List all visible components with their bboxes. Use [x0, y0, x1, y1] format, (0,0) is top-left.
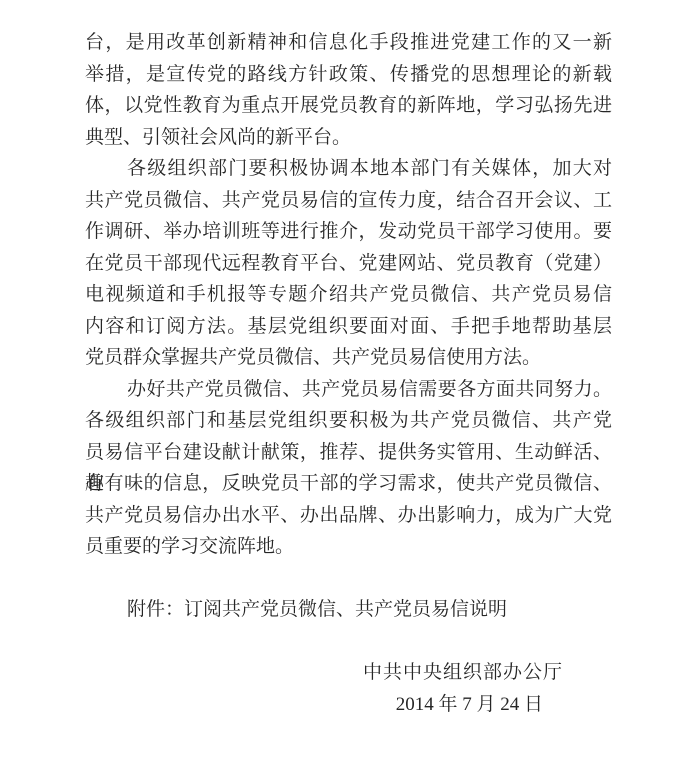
date-line: 2014 年 7 月 24 日 — [85, 689, 612, 721]
doc-line: 趣有味的信息，反映党员干部的学习需求，使共产党员微信、 — [85, 468, 612, 500]
doc-line: 台，是用改革创新精神和信息化手段推进党建工作的又一新 — [85, 27, 612, 59]
doc-line: 共产党员微信、共产党员易信的宣传力度，结合召开会议、工 — [85, 185, 612, 217]
attachment-line: 附件：订阅共产党员微信、共产党员易信说明 — [85, 594, 612, 626]
doc-line: 员易信平台建设献计献策，推荐、提供务实管用、生动鲜活、有 — [85, 437, 612, 469]
doc-line: 典型、引领社会风尚的新平台。 — [85, 122, 612, 154]
doc-line: 员重要的学习交流阵地。 — [85, 531, 612, 563]
doc-line: 体，以党性教育为重点开展党员教育的新阵地，学习弘扬先进 — [85, 90, 612, 122]
doc-line: 共产党员易信办出水平、办出品牌、办出影响力，成为广大党 — [85, 500, 612, 532]
paragraph-publicity: 各级组织部门要积极协调本地本部门有关媒体，加大对 共产党员微信、共产党员易信的宣… — [85, 153, 612, 374]
doc-line: 电视频道和手机报等专题介绍共产党员微信、共产党员易信 — [85, 279, 612, 311]
doc-line: 党员群众掌握共产党员微信、共产党员易信使用方法。 — [85, 342, 612, 374]
document-page: 台，是用改革创新精神和信息化手段推进党建工作的又一新 举措，是宣传党的路线方针政… — [0, 0, 687, 774]
paragraph-joint-effort: 办好共产党员微信、共产党员易信需要各方面共同努力。 各级组织部门和基层党组织要积… — [85, 374, 612, 563]
paragraph-continuation: 台，是用改革创新精神和信息化手段推进党建工作的又一新 举措，是宣传党的路线方针政… — [85, 27, 612, 153]
doc-line: 作调研、举办培训班等进行推介，发动党员干部学习使用。要 — [85, 216, 612, 248]
doc-line: 举措，是宣传党的路线方针政策、传播党的思想理论的新载 — [85, 59, 612, 91]
signature-line: 中共中央组织部办公厅 — [85, 657, 612, 689]
document-body: 台，是用改革创新精神和信息化手段推进党建工作的又一新 举措，是宣传党的路线方针政… — [85, 27, 612, 720]
doc-line: 内容和订阅方法。基层党组织要面对面、手把手地帮助基层 — [85, 311, 612, 343]
doc-line: 各级组织部门要积极协调本地本部门有关媒体，加大对 — [85, 153, 612, 185]
doc-line: 在党员干部现代远程教育平台、党建网站、党员教育（党建） — [85, 248, 612, 280]
doc-line: 各级组织部门和基层党组织要积极为共产党员微信、共产党 — [85, 405, 612, 437]
doc-line: 办好共产党员微信、共产党员易信需要各方面共同努力。 — [85, 374, 612, 406]
